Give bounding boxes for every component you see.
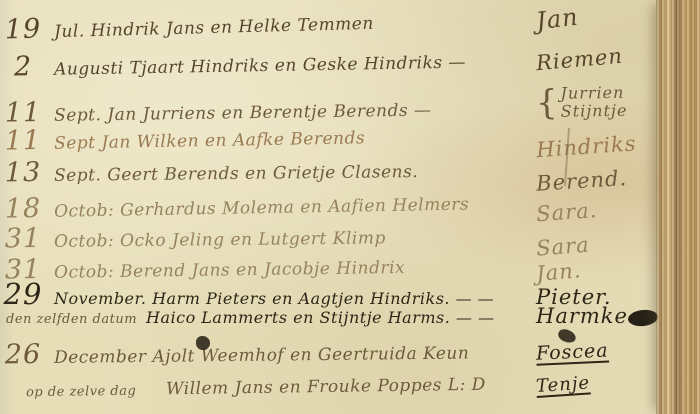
day-number: 26 [0, 341, 46, 368]
entry-row: op de zelve dag Willem Jans en Frouke Po… [0, 371, 652, 401]
day-number: 13 [0, 159, 46, 186]
entry-text: December Ajolt Weemhof en Geertruida Keu… [46, 343, 532, 368]
day-number: 11 [0, 99, 46, 127]
entry-text: Octob: Ocko Jeling en Lutgert Klimp [46, 227, 532, 252]
child-name: Foscea [532, 338, 653, 365]
entry-row: 13 Sept. Geert Berends en Grietje Clasen… [0, 153, 652, 187]
entry-text: Jul. Hindrik Jans en Helke Temmen [46, 10, 532, 43]
entry-text: Sept Jan Wilken en Aafke Berends [46, 125, 532, 153]
brace-glyph: { [536, 88, 559, 119]
day-number: 2 [0, 53, 46, 81]
child-name-stack: Jurrien Stijntje [560, 84, 627, 122]
day-phrase: den zelfden datum [0, 312, 138, 327]
ink-blot [196, 336, 210, 350]
entry-row: 26 December Ajolt Weemhof en Geertruida … [0, 335, 652, 369]
child-name: Tenje [531, 368, 652, 397]
entry-text: Augusti Tjaart Hindriks en Geske Hindrik… [46, 51, 532, 79]
entry-text: Octob: Gerhardus Molema en Aafien Helmer… [46, 193, 532, 221]
day-number: 19 [0, 15, 46, 43]
entry-row: den zelfden datum Haico Lammerts en Stij… [0, 304, 652, 328]
day-number: 18 [0, 195, 46, 223]
entry-text: Octob: Berend Jans en Jacobje Hindrix [46, 256, 532, 283]
entry-row: 2 Augusti Tjaart Hindriks en Geske Hindr… [0, 42, 652, 80]
entry-row: 18 Octob: Gerhardus Molema en Aafien Hel… [0, 184, 652, 222]
entry-text: Willem Jans en Frouke Poppes L: D [158, 374, 532, 399]
entry-text: Haico Lammerts en Stijntje Harms. — — [138, 308, 532, 327]
entry-row: 31 Octob: Ocko Jeling en Lutgert Klimp S… [0, 219, 652, 253]
child-name: Jan [531, 0, 653, 36]
entry-row: 19 Jul. Hindrik Jans en Helke Temmen Jan [0, 0, 652, 45]
child-name: Jurrien [560, 84, 627, 103]
entry-text: Sept. Geert Berends en Grietje Clasens. [46, 161, 532, 186]
day-phrase: op de zelve dag [0, 383, 158, 400]
manuscript-page: 19 Jul. Hindrik Jans en Helke Temmen Jan… [0, 0, 700, 414]
entry-row: 31 Octob: Berend Jans en Jacobje Hindrix… [0, 247, 652, 283]
day-number: 11 [0, 127, 46, 155]
day-number: 31 [0, 225, 46, 252]
child-name: Riemen [531, 41, 653, 75]
book-page-edge [656, 0, 700, 414]
